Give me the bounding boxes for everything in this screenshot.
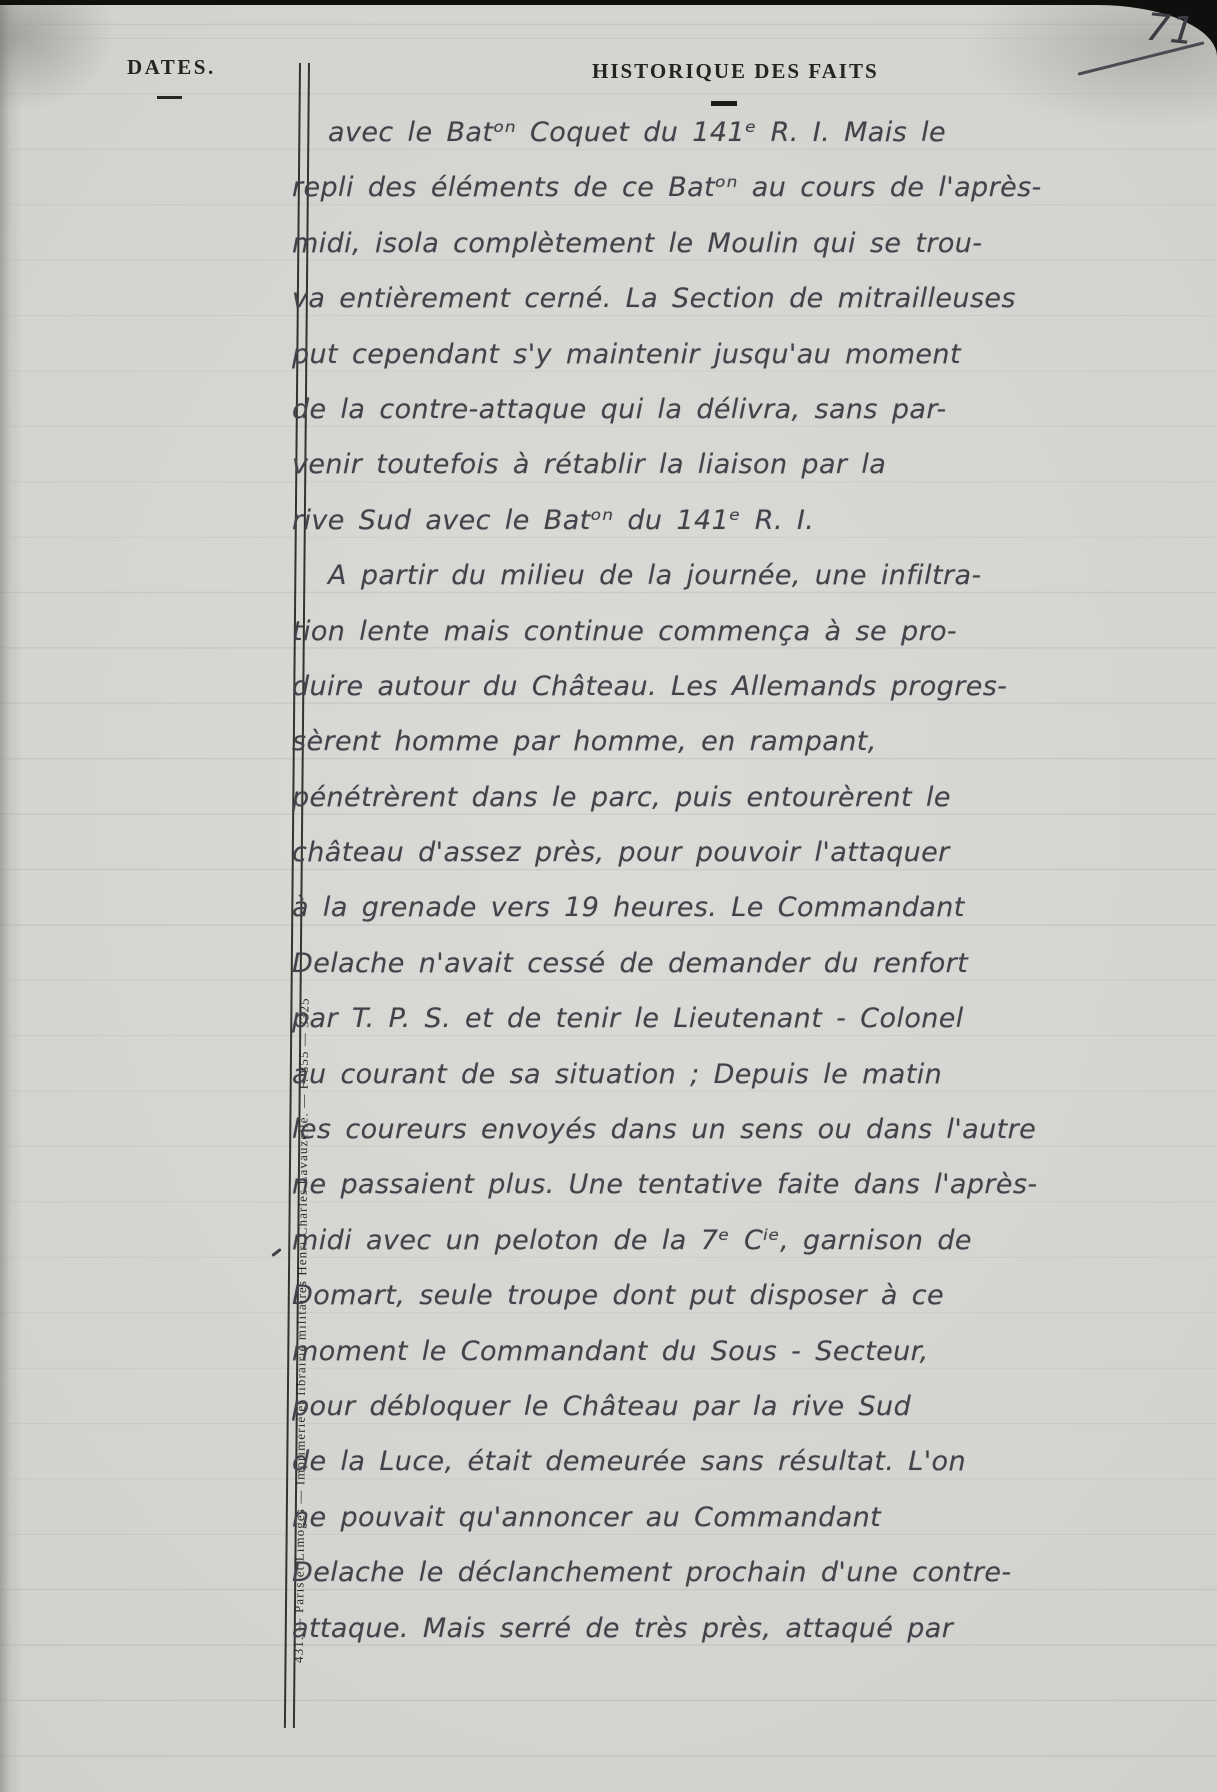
manuscript-line: midi avec un peloton de la 7ᵉ Cⁱᵉ, garni…	[292, 1213, 1082, 1268]
stray-pen-mark	[271, 1248, 282, 1257]
manuscript-line: venir toutefois à rétablir la liaison pa…	[292, 437, 1082, 492]
manuscript-line: par T. P. S. et de tenir le Lieutenant -…	[292, 991, 1082, 1046]
manuscript-line: avec le Batᵒⁿ Coquet du 141ᵉ R. I. Mais …	[292, 105, 1082, 160]
page-title: HISTORIQUE DES FAITS	[592, 59, 879, 84]
manuscript-line: va entièrement cerné. La Section de mitr…	[292, 271, 1082, 326]
manuscript-line: ne passaient plus. Une tentative faite d…	[292, 1157, 1082, 1212]
manuscript-line: A partir du milieu de la journée, une in…	[292, 548, 1082, 603]
manuscript-line: pour débloquer le Château par la rive Su…	[292, 1379, 1082, 1434]
manuscript-line: pénétrèrent dans le parc, puis entourère…	[292, 770, 1082, 825]
manuscript-line: ne pouvait qu'annoncer au Commandant	[292, 1490, 1082, 1545]
manuscript-line: Domart, seule troupe dont put disposer à…	[292, 1268, 1082, 1323]
manuscript-line: duire autour du Château. Les Allemands p…	[292, 659, 1082, 714]
manuscript-line: tion lente mais continue commença à se p…	[292, 604, 1082, 659]
manuscript-line: attaque. Mais serré de très près, attaqu…	[292, 1601, 1082, 1656]
manuscript-line: de la Luce, était demeurée sans résultat…	[292, 1434, 1082, 1489]
manuscript-line: les coureurs envoyés dans un sens ou dan…	[292, 1102, 1082, 1157]
page-number-underline-stroke	[1078, 41, 1205, 75]
manuscript-line: repli des éléments de ce Batᵒⁿ au cours …	[292, 160, 1082, 215]
manuscript-line: Delache le déclanchement prochain d'une …	[292, 1545, 1082, 1600]
manuscript-line: rive Sud avec le Batᵒⁿ du 141ᵉ R. I.	[292, 493, 1082, 548]
manuscript-line: à la grenade vers 19 heures. Le Commanda…	[292, 880, 1082, 935]
manuscript-line: moment le Commandant du Sous - Secteur,	[292, 1324, 1082, 1379]
manuscript-text-block: avec le Batᵒⁿ Coquet du 141ᵉ R. I. Mais …	[292, 105, 1082, 1656]
dates-underline-dash	[157, 96, 182, 99]
manuscript-line: de la contre-attaque qui la délivra, san…	[292, 382, 1082, 437]
dates-column-header: DATES.	[127, 55, 216, 80]
manuscript-line: Delache n'avait cessé de demander du ren…	[292, 936, 1082, 991]
manuscript-line: au courant de sa situation ; Depuis le m…	[292, 1047, 1082, 1102]
manuscript-line: château d'assez près, pour pouvoir l'att…	[292, 825, 1082, 880]
manuscript-line: put cependant s'y maintenir jusqu'au mom…	[292, 327, 1082, 382]
scanned-journal-page: { "page": { "number": "71", "header": { …	[0, 0, 1217, 1792]
paper-sheet: DATES. HISTORIQUE DES FAITS 71 431. — Pa…	[0, 5, 1217, 1792]
manuscript-line: sèrent homme par homme, en rampant,	[292, 714, 1082, 769]
manuscript-line: midi, isola complètement le Moulin qui s…	[292, 216, 1082, 271]
